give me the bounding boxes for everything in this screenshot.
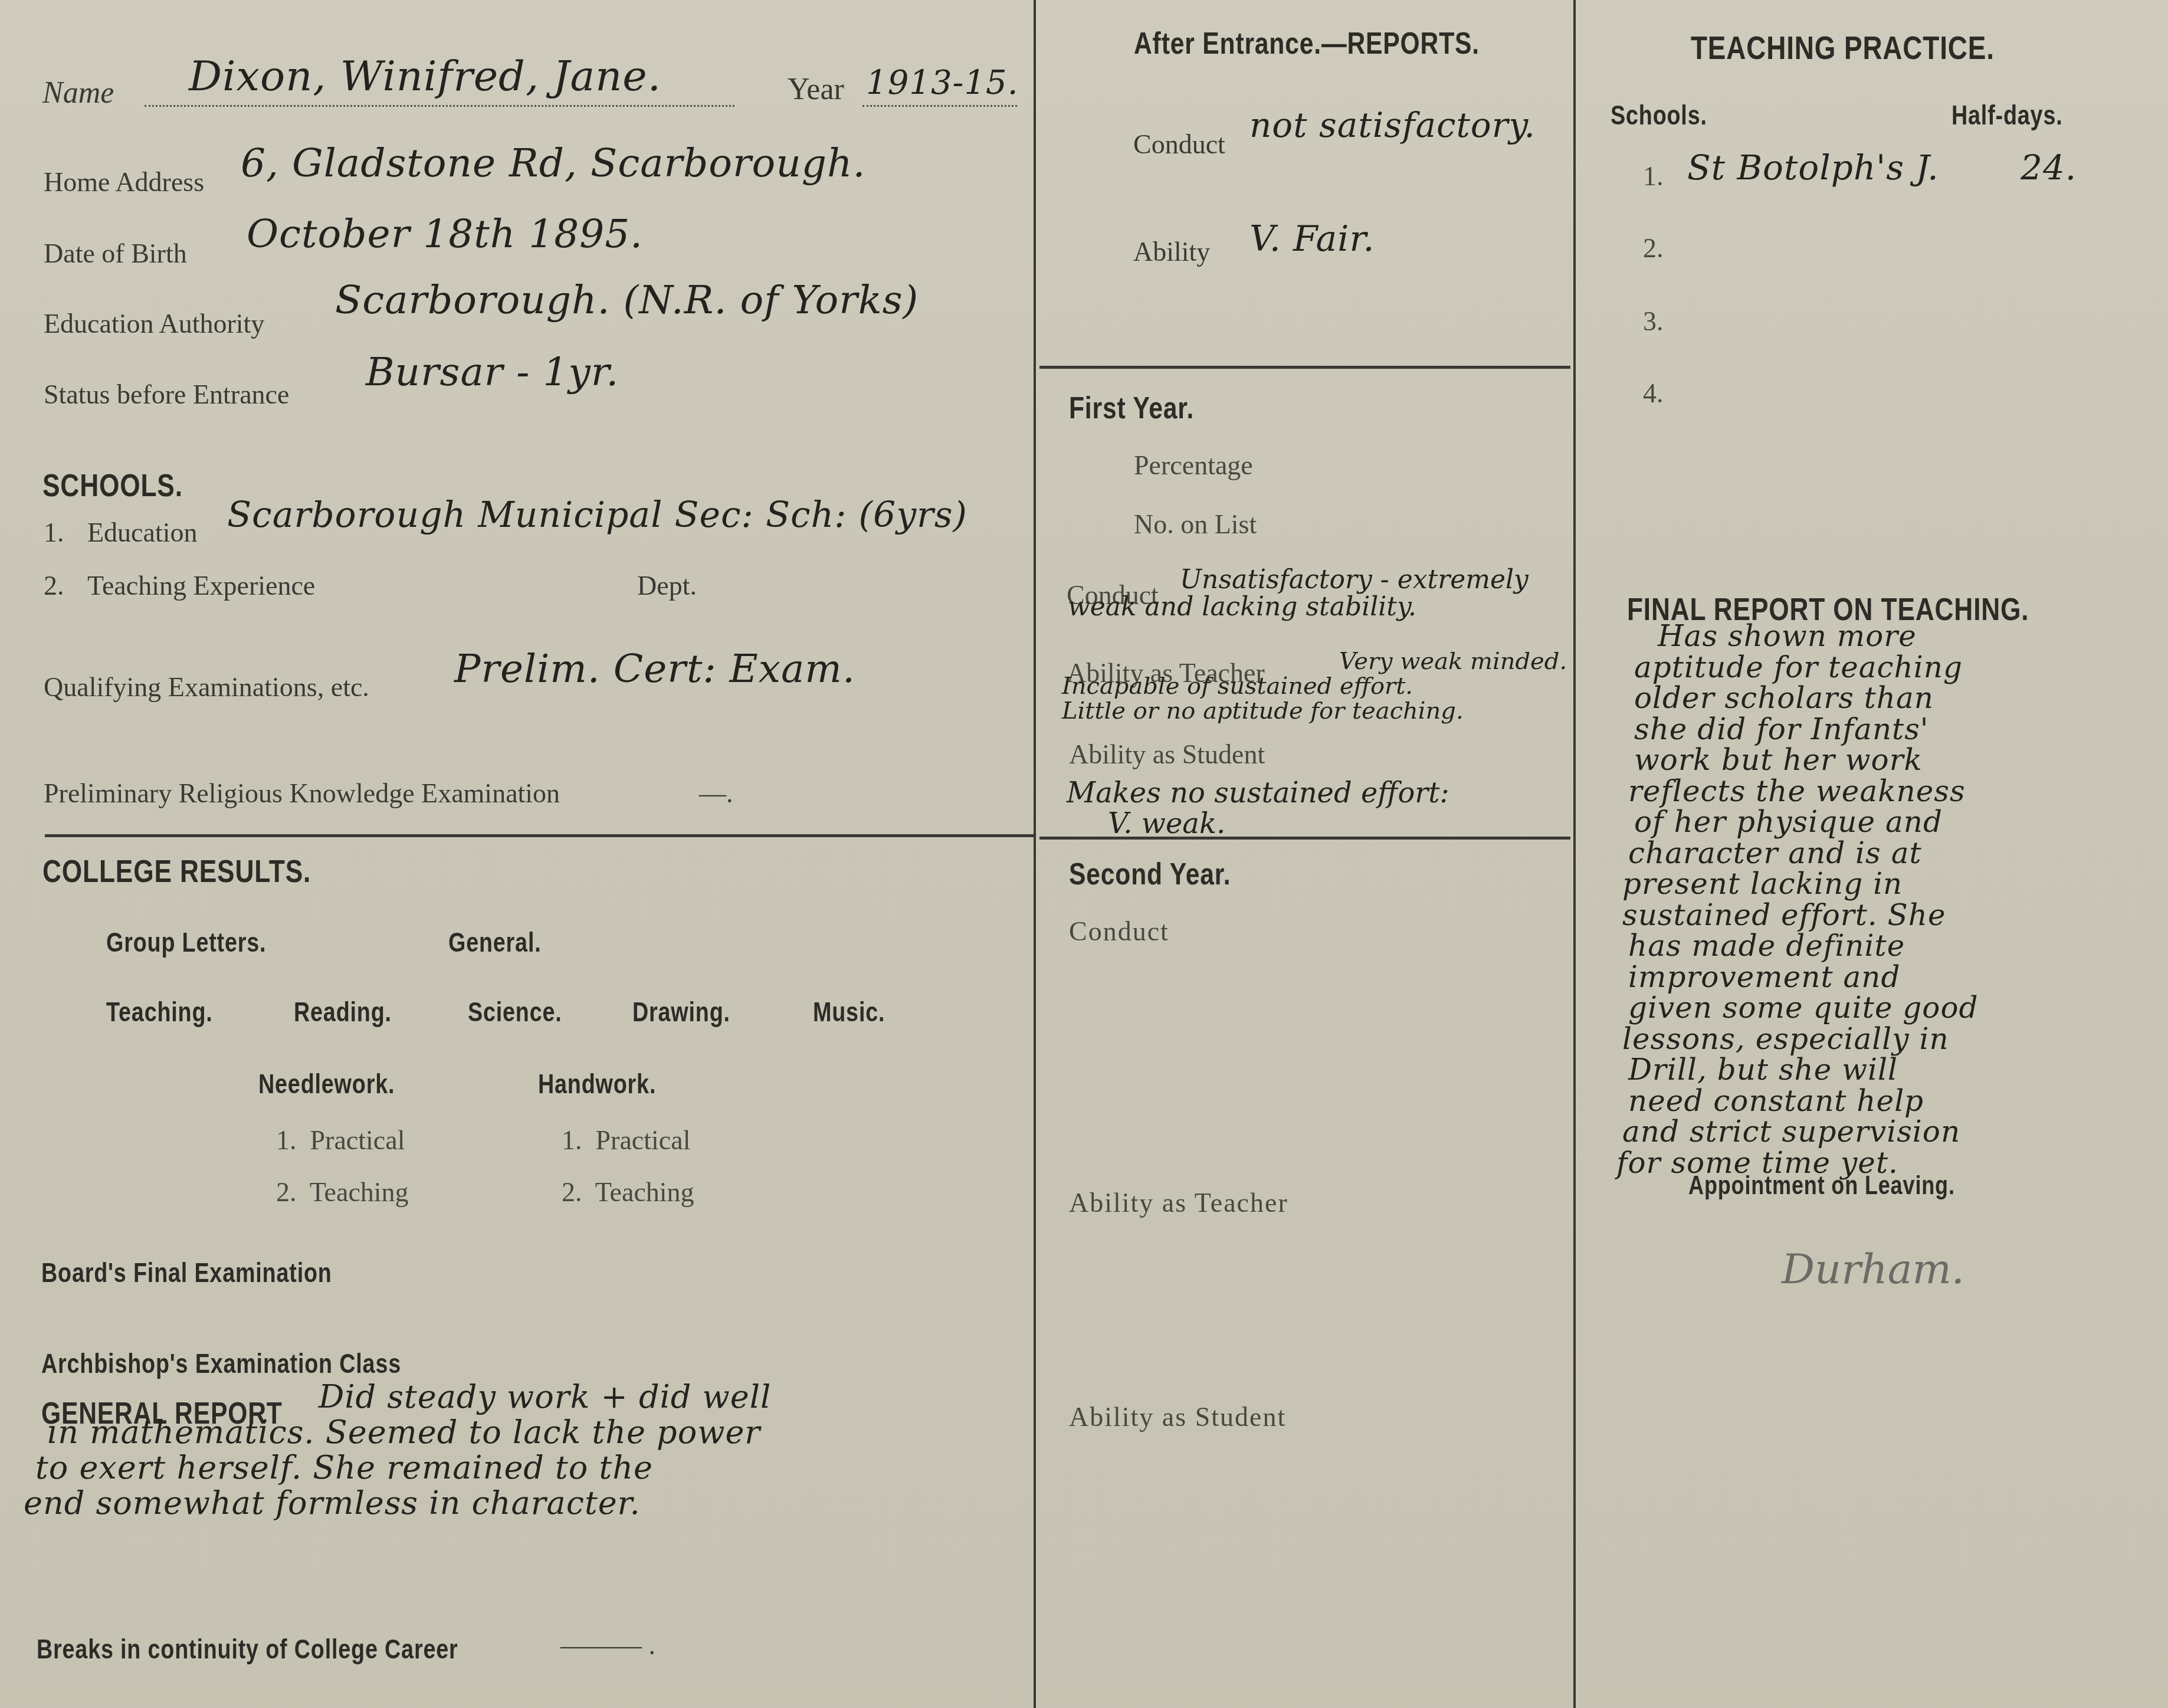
subject-drawing: Drawing. — [632, 996, 730, 1028]
final-report-line: she did for Infants' — [1616, 714, 1979, 745]
entrance-ability-value[interactable]: V. Fair. — [1249, 218, 1375, 260]
second-teacher-label: Ability as Teacher — [1069, 1187, 1288, 1218]
final-report-line: work but her work — [1616, 745, 1979, 776]
general-report-line: Did steady work + did well — [12, 1379, 771, 1415]
entrance-ability-label: Ability — [1133, 236, 1210, 267]
education-num: 1. — [44, 517, 64, 548]
column-divider-right — [1573, 0, 1576, 1708]
education-authority-label: Education Authority — [44, 308, 264, 339]
status-value[interactable]: Bursar - 1yr. — [366, 349, 619, 395]
boards-final-label: Board's Final Examination — [41, 1257, 332, 1289]
final-report-line: lessons, especially in — [1616, 1024, 1979, 1055]
left-section-rule — [45, 834, 1034, 837]
general-report-text[interactable]: Did steady work + did well in mathematic… — [12, 1379, 771, 1521]
final-report-text[interactable]: Has shown moreaptitude for teachingolder… — [1616, 621, 1979, 1178]
first-student-label: Ability as Student — [1069, 739, 1265, 770]
second-student-label: Ability as Student — [1069, 1401, 1286, 1432]
first-student-value[interactable]: Makes no sustained effort: V. weak. — [1067, 778, 1449, 839]
entrance-conduct-value[interactable]: not satisfactory. — [1249, 105, 1536, 145]
first-student-line: V. weak. — [1067, 808, 1449, 839]
final-report-line: given some quite good — [1616, 992, 1979, 1024]
dob-label: Date of Birth — [44, 238, 187, 269]
general-report-line: in mathematics. Seemed to lack the power — [12, 1415, 771, 1450]
home-address-value[interactable]: 6, Gladstone Rd, Scarborough. — [241, 140, 866, 186]
schools-heading: SCHOOLS. — [42, 467, 183, 504]
final-report-line: Drill, but she will — [1616, 1054, 1979, 1086]
teaching-experience-label: Teaching Experience — [87, 570, 315, 601]
group-letters-label: Group Letters. — [106, 926, 266, 958]
breaks-value: ——— . — [560, 1630, 655, 1661]
year-label: Year — [788, 72, 844, 107]
first-teacher-line: Little or no aptitude for teaching. — [1062, 699, 1567, 723]
first-teacher-value[interactable]: Very weak minded. Incapable of sustained… — [1062, 649, 1567, 723]
first-conduct-line: weak and lacking stability. — [1068, 594, 1529, 621]
appointment-label: Appointment on Leaving. — [1688, 1171, 1955, 1201]
final-report-line: need constant help — [1616, 1086, 1979, 1117]
second-year-heading: Second Year. — [1069, 857, 1231, 892]
final-report-line: Has shown more — [1616, 621, 1979, 652]
name-dotted-line — [145, 105, 734, 107]
dob-value[interactable]: October 18th 1895. — [247, 211, 643, 257]
final-report-line: reflects the weakness — [1616, 776, 1979, 807]
column-divider-left — [1034, 0, 1036, 1708]
needlework-label: Needlework. — [258, 1068, 395, 1100]
second-conduct-label: Conduct — [1069, 916, 1169, 947]
first-student-line: Makes no sustained effort: — [1067, 778, 1449, 808]
final-report-line: sustained effort. She — [1616, 900, 1979, 931]
religious-label: Preliminary Religious Knowledge Examinat… — [44, 778, 560, 809]
practice-row-number: 1. — [1643, 160, 1664, 192]
name-value[interactable]: Dixon, Winifred, Jane. — [189, 52, 661, 100]
teaching-practice-heading: TEACHING PRACTICE. — [1691, 28, 1995, 67]
handwork-practical: 1. Practical — [562, 1125, 690, 1156]
final-report-line: aptitude for teaching — [1616, 652, 1979, 683]
teaching-num: 2. — [44, 570, 64, 601]
first-teacher-line: Incapable of sustained effort. — [1062, 674, 1567, 699]
first-teacher-line: Very weak minded. — [1062, 649, 1567, 674]
final-report-line: has made definite — [1616, 930, 1979, 962]
first-year-heading: First Year. — [1069, 391, 1194, 426]
subject-teaching: Teaching. — [106, 996, 213, 1028]
first-conduct-value[interactable]: Unsatisfactory - extremely weak and lack… — [1068, 566, 1529, 621]
needlework-practical: 1. Practical — [276, 1125, 405, 1156]
reports-heading: After Entrance.—REPORTS. — [1134, 26, 1480, 61]
appointment-value[interactable]: Durham. — [1782, 1245, 1964, 1293]
subject-music: Music. — [813, 996, 885, 1028]
no-on-list-label: No. on List — [1134, 509, 1257, 540]
percentage-label: Percentage — [1134, 450, 1253, 481]
education-value[interactable]: Scarborough Municipal Sec: Sch: (6yrs) — [227, 494, 967, 536]
needlework-teaching: 2. Teaching — [276, 1176, 409, 1208]
handwork-teaching: 2. Teaching — [562, 1176, 694, 1208]
final-report-line: present lacking in — [1616, 868, 1979, 900]
handwork-label: Handwork. — [538, 1068, 656, 1100]
college-results-heading: COLLEGE RESULTS. — [42, 853, 311, 890]
practice-school-value[interactable]: St Botolph's J. — [1687, 147, 1939, 188]
entrance-conduct-label: Conduct — [1133, 129, 1225, 160]
reports-rule-2 — [1039, 837, 1570, 840]
schools-column-label: Schools. — [1611, 99, 1707, 131]
general-report-line: end somewhat formless in character. — [12, 1486, 771, 1521]
practice-halfdays-value[interactable]: 24. — [2021, 147, 2077, 188]
education-authority-value[interactable]: Scarborough. (N.R. of Yorks) — [335, 277, 919, 323]
first-conduct-line: Unsatisfactory - extremely — [1068, 566, 1529, 594]
final-report-line: improvement and — [1616, 962, 1979, 993]
qualifying-label: Qualifying Examinations, etc. — [44, 671, 369, 703]
final-report-line: and strict supervision — [1616, 1116, 1979, 1148]
halfdays-column-label: Half-days. — [1951, 99, 2062, 131]
final-report-line: older scholars than — [1616, 683, 1979, 714]
general-label: General. — [448, 926, 542, 958]
home-address-label: Home Address — [44, 166, 204, 198]
practice-row-number: 4. — [1643, 378, 1664, 409]
status-label: Status before Entrance — [44, 379, 289, 410]
religious-value: —. — [699, 778, 733, 809]
practice-row-number: 2. — [1643, 232, 1664, 264]
breaks-label: Breaks in continuity of College Career — [37, 1633, 458, 1665]
year-dotted-line — [862, 105, 1017, 107]
general-report-line: to exert herself. She remained to the — [12, 1450, 771, 1486]
dept-label: Dept. — [637, 570, 697, 601]
qualifying-value[interactable]: Prelim. Cert: Exam. — [454, 646, 855, 691]
year-value[interactable]: 1913-15. — [866, 64, 1019, 102]
archbishops-label: Archbishop's Examination Class — [41, 1348, 401, 1379]
subject-science: Science. — [468, 996, 562, 1028]
final-report-line: character and is at — [1616, 838, 1979, 869]
reports-rule-1 — [1039, 366, 1570, 369]
name-label: Name — [42, 76, 114, 110]
subject-reading: Reading. — [294, 996, 392, 1028]
practice-row-number: 3. — [1643, 306, 1664, 337]
final-report-line: of her physique and — [1616, 807, 1979, 838]
education-label: Education — [87, 517, 198, 548]
